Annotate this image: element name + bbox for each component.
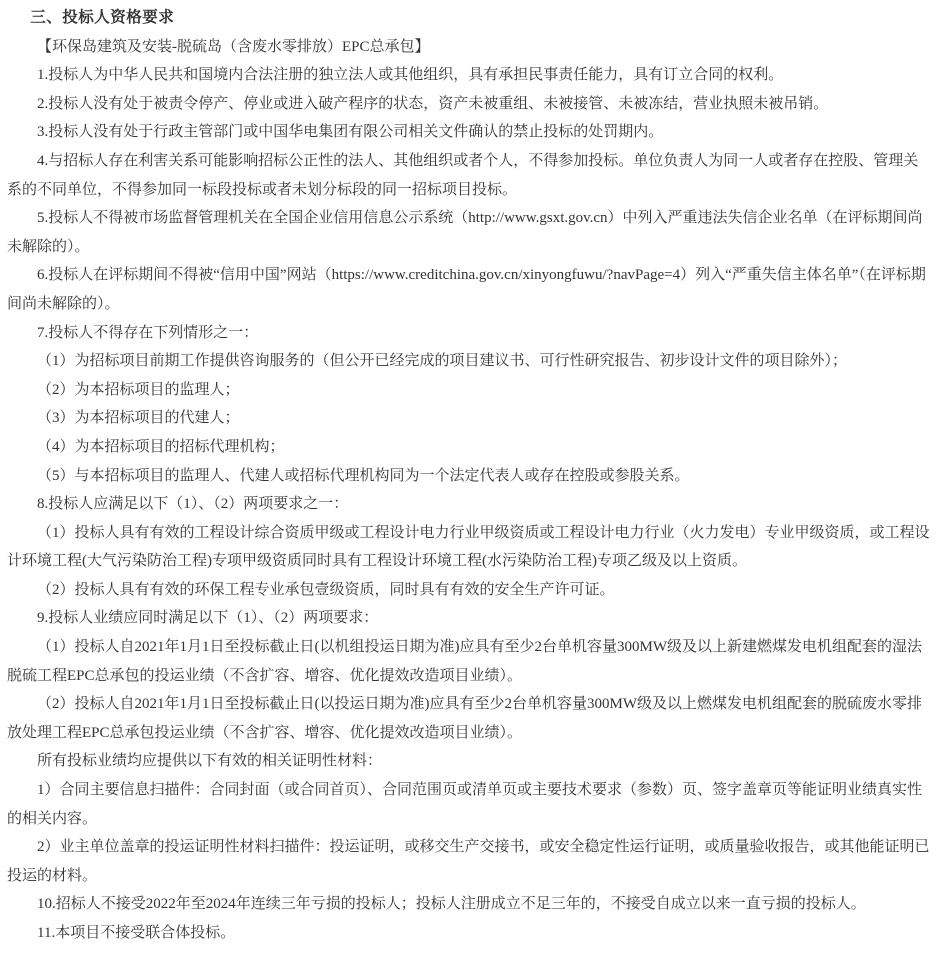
document-page: 三、投标人资格要求 【环保岛建筑及安装-脱硫岛（含废水零排放）EPC总承包】 1… — [0, 0, 939, 956]
requirement-paragraph: 7.投标人不得存在下列情形之一： — [7, 319, 931, 348]
requirement-paragraph: 2）业主单位盖章的投运证明性材料扫描件：投运证明，或移交生产交接书，或安全稳定性… — [7, 833, 931, 890]
requirement-paragraph: 5.投标人不得被市场监督管理机关在全国企业信用信息公示系统（http://www… — [7, 204, 931, 261]
requirement-paragraph: 4.与招标人存在利害关系可能影响招标公正性的法人、其他组织或者个人，不得参加投标… — [7, 147, 931, 204]
requirement-paragraph: 1.投标人为中华人民共和国境内合法注册的独立法人或其他组织，具有承担民事责任能力… — [7, 61, 931, 90]
requirement-paragraph: 所有投标业绩均应提供以下有效的相关证明性材料： — [7, 747, 931, 776]
requirement-paragraph: 2.投标人没有处于被责令停产、停业或进入破产程序的状态，资产未被重组、未被接管、… — [7, 90, 931, 119]
requirement-paragraph: （3）为本招标项目的代建人； — [7, 404, 931, 433]
requirement-paragraph: 10.招标人不接受2022年至2024年连续三年亏损的投标人；投标人注册成立不足… — [7, 890, 931, 919]
requirements-body: 1.投标人为中华人民共和国境内合法注册的独立法人或其他组织，具有承担民事责任能力… — [7, 61, 931, 947]
requirement-paragraph: （2）投标人具有有效的环保工程专业承包壹级资质，同时具有有效的安全生产许可证。 — [7, 576, 931, 605]
requirement-paragraph: （4）为本招标项目的招标代理机构； — [7, 433, 931, 462]
requirement-paragraph: 6.投标人在评标期间不得被“信用中国”网站（https://www.credit… — [7, 261, 931, 318]
requirement-paragraph: 11.本项目不接受联合体投标。 — [7, 919, 931, 948]
requirement-paragraph: （2）投标人自2021年1月1日至投标截止日(以投运日期为准)应具有至少2台单机… — [7, 690, 931, 747]
package-name: 【环保岛建筑及安装-脱硫岛（含废水零排放）EPC总承包】 — [7, 33, 931, 62]
requirement-paragraph: （1）投标人自2021年1月1日至投标截止日(以机组投运日期为准)应具有至少2台… — [7, 633, 931, 690]
requirement-paragraph: 8.投标人应满足以下（1）、（2）两项要求之一： — [7, 490, 931, 519]
requirement-paragraph: （1）为招标项目前期工作提供咨询服务的（但公开已经完成的项目建议书、可行性研究报… — [7, 347, 931, 376]
requirement-paragraph: 3.投标人没有处于行政主管部门或中国华电集团有限公司相关文件确认的禁止投标的处罚… — [7, 118, 931, 147]
requirement-paragraph: （1）投标人具有有效的工程设计综合资质甲级或工程设计电力行业甲级资质或工程设计电… — [7, 519, 931, 576]
requirement-paragraph: 1）合同主要信息扫描件：合同封面（或合同首页）、合同范围页或清单页或主要技术要求… — [7, 776, 931, 833]
section-heading: 三、投标人资格要求 — [7, 4, 931, 33]
requirement-paragraph: 9.投标人业绩应同时满足以下（1）、（2）两项要求： — [7, 604, 931, 633]
requirement-paragraph: （2）为本招标项目的监理人； — [7, 376, 931, 405]
requirement-paragraph: （5）与本招标项目的监理人、代建人或招标代理机构同为一个法定代表人或存在控股或参… — [7, 462, 931, 491]
